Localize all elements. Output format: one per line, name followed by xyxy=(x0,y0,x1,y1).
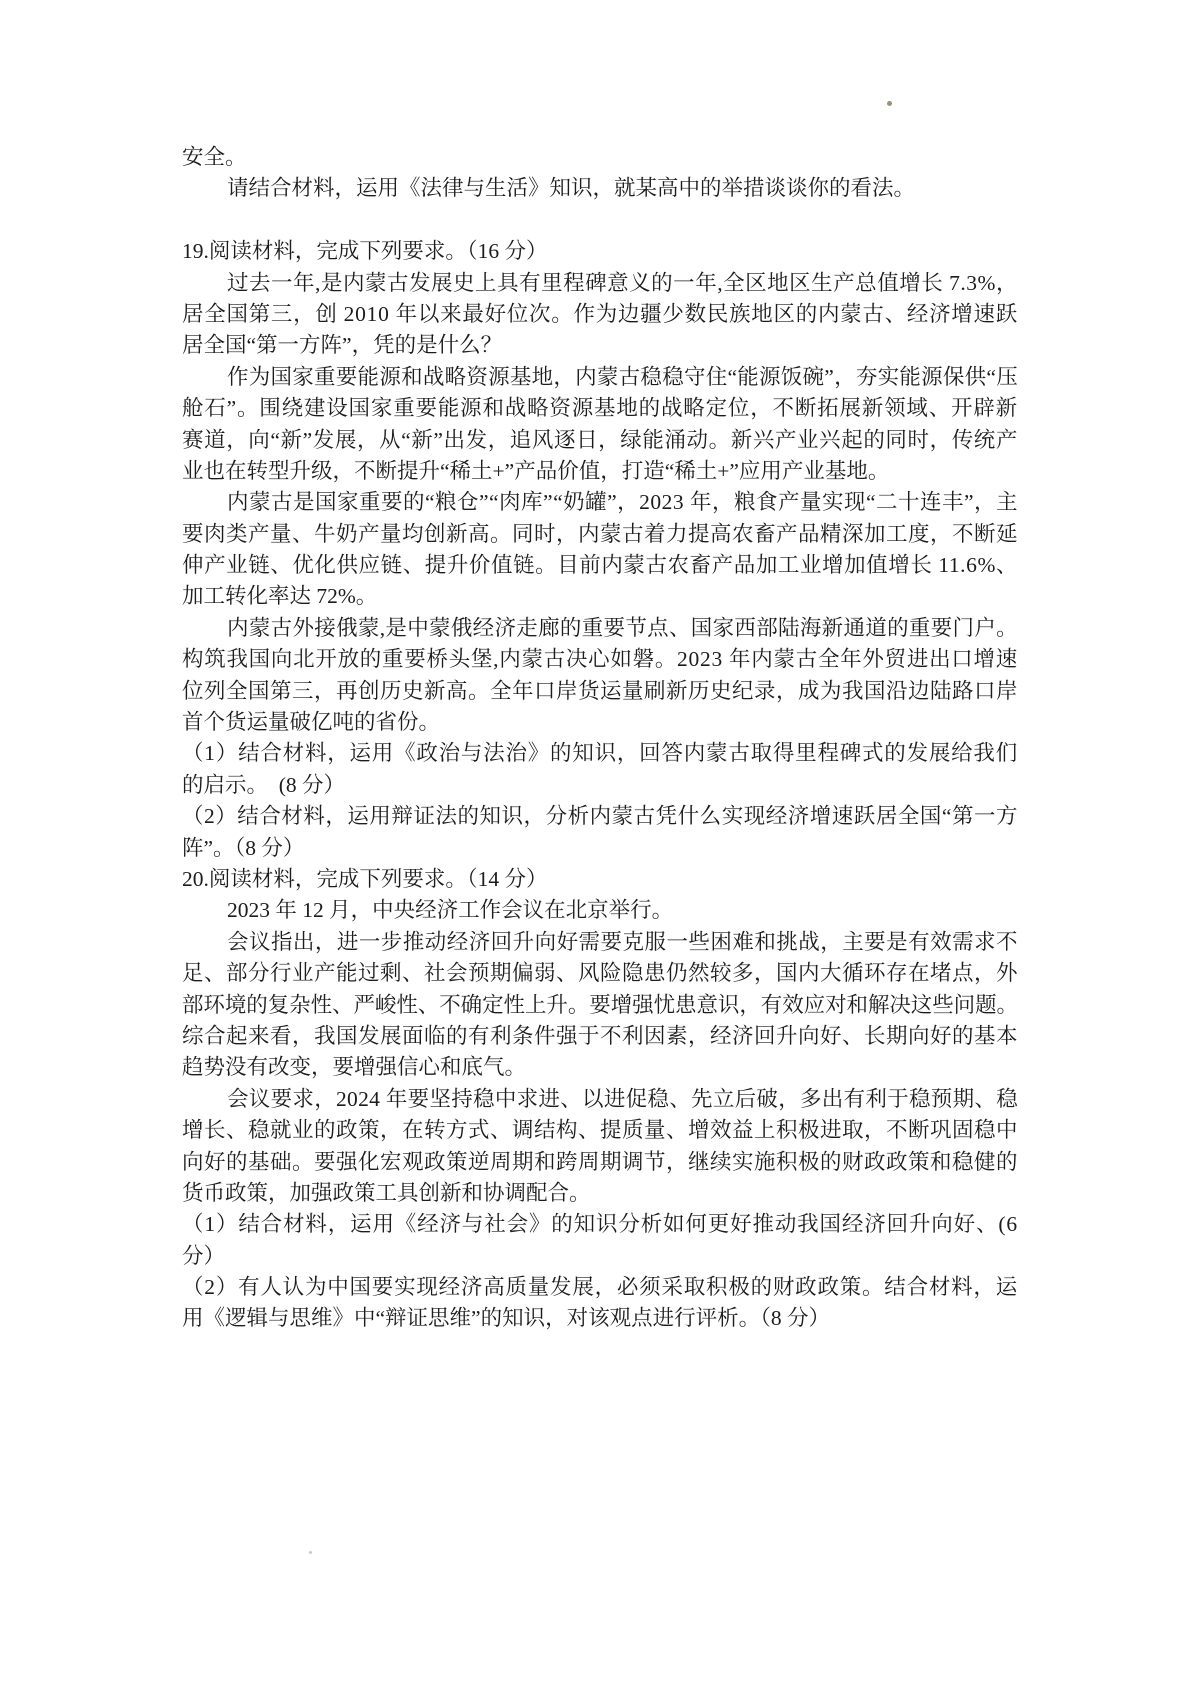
exam-paper-page: 安全。请结合材料，运用《法律与生活》知识，就某高中的举措谈谈你的看法。19.阅读… xyxy=(0,0,1200,1698)
text-line: 综合起来看，我国发展面临的有利条件强于不利因素，经济回升向好、长期向好的基本 xyxy=(182,1021,1018,1052)
text-line: 会议要求，2024 年要坚持稳中求进、以进促稳、先立后破，多出有利于稳预期、稳 xyxy=(182,1084,1018,1115)
text-line-content: 位列全国第三，再创历史新高。全年口岸货运量刷新历史纪录，成为我国沿边陆路口岸 xyxy=(182,679,1018,703)
text-line: （2）结合材料，运用辩证法的知识，分析内蒙古凭什么实现经济增速跃居全国“第一方 xyxy=(182,801,1018,832)
text-line-content: 增长、稳就业的政策，在转方式、调结构、提质量、增效益上积极进取，不断巩固稳中 xyxy=(182,1118,1018,1142)
text-line: 内蒙古外接俄蒙,是中蒙俄经济走廊的重要节点、国家西部陆海新通道的重要门户。 xyxy=(182,613,1018,644)
text-line: 19.阅读材料，完成下列要求。（16 分） xyxy=(182,236,1018,267)
text-line-content: 货币政策，加强政策工具创新和协调配合。 xyxy=(182,1181,591,1205)
text-line: 加工转化率达 72%。 xyxy=(182,581,1018,612)
scan-speck xyxy=(309,1551,312,1554)
text-line: 首个货运量破亿吨的省份。 xyxy=(182,707,1018,738)
text-line: 向好的基础。要强化宏观政策逆周期和跨周期调节，继续实施积极的财政政策和稳健的 xyxy=(182,1147,1018,1178)
text-line-content: 2023 年 12 月，中央经济工作会议在北京举行。 xyxy=(227,898,673,922)
text-line: 要肉类产量、牛奶产量均创新高。同时，内蒙古着力提高农畜产品精深加工度，不断延 xyxy=(182,519,1018,550)
text-line-content: 阵”。（8 分） xyxy=(182,836,304,860)
text-line-content: 首个货运量破亿吨的省份。 xyxy=(182,710,440,734)
text-line-content: 部环境的复杂性、严峻性、不确定性上升。要增强忧患意识，有效应对和解决这些问题。 xyxy=(182,993,1018,1017)
text-line-content: 构筑我国向北开放的重要桥头堡,内蒙古决心如磐。2023 年内蒙古全年外贸进出口增… xyxy=(182,647,1018,671)
text-line: 作为国家重要能源和战略资源基地，内蒙古稳稳守住“能源饭碗”，夯实能源保供“压 xyxy=(182,362,1018,393)
text-line: 位列全国第三，再创历史新高。全年口岸货运量刷新历史纪录，成为我国沿边陆路口岸 xyxy=(182,676,1018,707)
text-line-content: 伸产业链、优化供应链、提升价值链。目前内蒙古农畜产品加工业增加值增长 11.6%… xyxy=(182,553,1018,577)
text-line-content: 居全国“第一方阵”，凭的是什么？ xyxy=(182,333,502,357)
text-line: 阵”。（8 分） xyxy=(182,833,1018,864)
text-line: 用《逻辑与思维》中“辩证思维”的知识，对该观点进行评析。（8 分） xyxy=(182,1303,1018,1334)
text-line: 过去一年,是内蒙古发展史上具有里程碑意义的一年,全区地区生产总值增长 7.3%， xyxy=(182,268,1018,299)
blank-line xyxy=(182,205,1018,236)
text-line-content: 安全。 xyxy=(182,145,247,169)
text-line: （1）结合材料，运用《政治与法治》的知识，回答内蒙古取得里程碑式的发展给我们 xyxy=(182,738,1018,769)
text-line: 赛道，向“新”发展，从“新”出发，追风逐日，绿能涌动。新兴产业兴起的同时，传统产 xyxy=(182,425,1018,456)
text-line-content: 过去一年,是内蒙古发展史上具有里程碑意义的一年,全区地区生产总值增长 7.3%， xyxy=(227,271,1018,295)
text-line: 足、部分行业产能过剩、社会预期偏弱、风险隐患仍然较多，国内大循环存在堵点，外 xyxy=(182,958,1018,989)
text-line: 的启示。 (8 分） xyxy=(182,770,1018,801)
text-line-content: 加工转化率达 72%。 xyxy=(182,584,377,608)
text-line-content: 足、部分行业产能过剩、社会预期偏弱、风险隐患仍然较多，国内大循环存在堵点，外 xyxy=(182,961,1018,985)
text-line-content: 要肉类产量、牛奶产量均创新高。同时，内蒙古着力提高农畜产品精深加工度，不断延 xyxy=(182,522,1018,546)
text-line-content: 赛道，向“新”发展，从“新”出发，追风逐日，绿能涌动。新兴产业兴起的同时，传统产 xyxy=(182,428,1018,452)
text-line: 安全。 xyxy=(182,142,1018,173)
text-line-content: 会议要求，2024 年要坚持稳中求进、以进促稳、先立后破，多出有利于稳预期、稳 xyxy=(227,1087,1018,1111)
text-line-content: 作为国家重要能源和战略资源基地，内蒙古稳稳守住“能源饭碗”，夯实能源保供“压 xyxy=(227,365,1018,389)
text-line: 增长、稳就业的政策，在转方式、调结构、提质量、增效益上积极进取，不断巩固稳中 xyxy=(182,1115,1018,1146)
text-line: 分） xyxy=(182,1241,1018,1272)
text-line-content: 向好的基础。要强化宏观政策逆周期和跨周期调节，继续实施积极的财政政策和稳健的 xyxy=(182,1150,1018,1174)
text-line-content: 综合起来看，我国发展面临的有利条件强于不利因素，经济回升向好、长期向好的基本 xyxy=(182,1024,1018,1048)
text-line-content: 居全国第三，创 2010 年以来最好位次。作为边疆少数民族地区的内蒙古、经济增速… xyxy=(182,302,1018,326)
text-line: 构筑我国向北开放的重要桥头堡,内蒙古决心如磐。2023 年内蒙古全年外贸进出口增… xyxy=(182,644,1018,675)
text-line-content: 的启示。 (8 分） xyxy=(182,773,345,797)
text-line: 20.阅读材料，完成下列要求。（14 分） xyxy=(182,864,1018,895)
text-line: 货币政策，加强政策工具创新和协调配合。 xyxy=(182,1178,1018,1209)
text-line: 伸产业链、优化供应链、提升价值链。目前内蒙古农畜产品加工业增加值增长 11.6%… xyxy=(182,550,1018,581)
text-line-content: 分） xyxy=(182,1244,225,1268)
text-line-content: （1）结合材料，运用《政治与法治》的知识，回答内蒙古取得里程碑式的发展给我们 xyxy=(182,741,1018,765)
text-line: （2）有人认为中国要实现经济高质量发展，必须采取积极的财政政策。结合材料，运 xyxy=(182,1272,1018,1303)
text-line: 舱石”。围绕建设国家重要能源和战略资源基地的战略定位，不断拓展新领域、开辟新 xyxy=(182,393,1018,424)
text-line: 内蒙古是国家重要的“粮仓”“肉库”“奶罐”，2023 年，粮食产量实现“二十连丰… xyxy=(182,487,1018,518)
text-line-content: 用《逻辑与思维》中“辩证思维”的知识，对该观点进行评析。（8 分） xyxy=(182,1306,830,1330)
text-line-content: （1）结合材料，运用《经济与社会》的知识分析如何更好推动我国经济回升向好、(6 xyxy=(182,1212,1018,1236)
text-line-content: 舱石”。围绕建设国家重要能源和战略资源基地的战略定位，不断拓展新领域、开辟新 xyxy=(182,396,1018,420)
text-line: 居全国“第一方阵”，凭的是什么？ xyxy=(182,330,1018,361)
text-line-content: 业也在转型升级，不断提升“稀土+”产品价值，打造“稀土+”应用产业基地。 xyxy=(182,459,889,483)
document-body: 安全。请结合材料，运用《法律与生活》知识，就某高中的举措谈谈你的看法。19.阅读… xyxy=(182,142,1018,1335)
scan-speck xyxy=(887,101,892,106)
text-line: 趋势没有改变，要增强信心和底气。 xyxy=(182,1052,1018,1083)
text-line: 部环境的复杂性、严峻性、不确定性上升。要增强忧患意识，有效应对和解决这些问题。 xyxy=(182,990,1018,1021)
text-line-content: 请结合材料，运用《法律与生活》知识，就某高中的举措谈谈你的看法。 xyxy=(227,176,915,200)
text-line-content: 19.阅读材料，完成下列要求。（16 分） xyxy=(182,239,548,263)
text-line: 请结合材料，运用《法律与生活》知识，就某高中的举措谈谈你的看法。 xyxy=(182,173,1018,204)
text-line: 会议指出，进一步推动经济回升向好需要克服一些困难和挑战，主要是有效需求不 xyxy=(182,927,1018,958)
text-line-content: 内蒙古外接俄蒙,是中蒙俄经济走廊的重要节点、国家西部陆海新通道的重要门户。 xyxy=(227,616,1018,640)
text-line-content: 20.阅读材料，完成下列要求。（14 分） xyxy=(182,867,548,891)
text-line: 业也在转型升级，不断提升“稀土+”产品价值，打造“稀土+”应用产业基地。 xyxy=(182,456,1018,487)
text-line-content: （2）结合材料，运用辩证法的知识，分析内蒙古凭什么实现经济增速跃居全国“第一方 xyxy=(182,804,1018,828)
text-line-content: 趋势没有改变，要增强信心和底气。 xyxy=(182,1055,526,1079)
text-line-content: （2）有人认为中国要实现经济高质量发展，必须采取积极的财政政策。结合材料，运 xyxy=(182,1275,1018,1299)
text-line: 2023 年 12 月，中央经济工作会议在北京举行。 xyxy=(182,895,1018,926)
text-line: 居全国第三，创 2010 年以来最好位次。作为边疆少数民族地区的内蒙古、经济增速… xyxy=(182,299,1018,330)
text-line: （1）结合材料，运用《经济与社会》的知识分析如何更好推动我国经济回升向好、(6 xyxy=(182,1209,1018,1240)
text-line-content: 会议指出，进一步推动经济回升向好需要克服一些困难和挑战，主要是有效需求不 xyxy=(227,930,1018,954)
text-line-content: 内蒙古是国家重要的“粮仓”“肉库”“奶罐”，2023 年，粮食产量实现“二十连丰… xyxy=(227,490,1018,514)
